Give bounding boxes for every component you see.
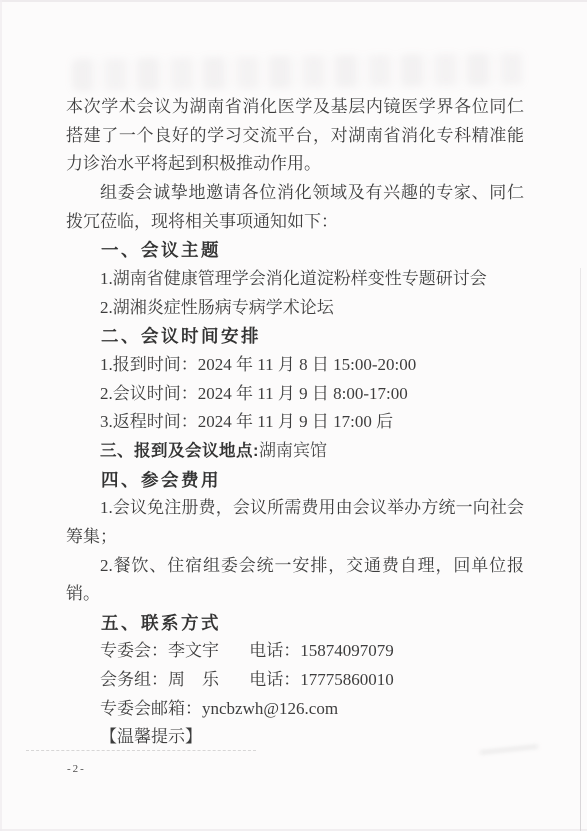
contact-row: 专委会：李文宇 电话：15874097079: [66, 637, 524, 666]
scan-edge-top: [0, 0, 587, 2]
section-title-topic: 一、会议主题: [66, 236, 524, 265]
bleed-through-artifact: [72, 53, 524, 91]
venue-value: 湖南宾馆: [259, 441, 327, 460]
contact-row: 会务组：周 乐 电话：17775860010: [66, 666, 524, 695]
list-item: 1.湖南省健康管理学会消化道淀粉样变性专题研讨会: [66, 265, 524, 294]
contact-person: 专委会：李文宇: [100, 637, 245, 666]
list-item: 2.会议时间：2024 年 11 月 9 日 8:00-17:00: [66, 380, 524, 409]
intro-paragraph-continued: 本次学术会议为湖南省消化医学及基层内镜医学界各位同仁搭建了一个良好的学习交流平台…: [66, 93, 524, 179]
contact-person: 会务组：周 乐: [100, 666, 245, 695]
page-number: -2-: [67, 763, 86, 775]
section-title-schedule: 二、会议时间安排: [66, 322, 524, 351]
scan-artifact-line: [26, 750, 256, 751]
venue-label: 三、报到及会议地点:: [100, 442, 259, 460]
contact-phone: 电话：15874097079: [249, 641, 394, 660]
page-edge-shadow: [580, 268, 581, 831]
contact-phone: 电话：17775860010: [249, 670, 394, 689]
list-item: 2.湖湘炎症性肠病专病学术论坛: [66, 294, 524, 323]
contact-email: 专委会邮箱：yncbzwh@126.com: [66, 695, 524, 724]
list-item: 2.餐饮、住宿组委会统一安排，交通费自理，回单位报销。: [66, 552, 524, 609]
list-item: 3.返程时间：2024 年 11 月 9 日 17:00 后: [66, 408, 524, 437]
section-title-fees: 四、参会费用: [66, 466, 524, 495]
notice-label: 【温馨提示】: [66, 723, 524, 752]
notice-body: 本次学术会议为湖南省消化医学及基层内镜医学界各位同仁搭建了一个良好的学习交流平台…: [66, 93, 524, 752]
intro-paragraph: 组委会诚挚地邀请各位消化领域及有兴趣的专家、同仁拨冗莅临，现将相关事项通知如下：: [66, 179, 524, 236]
scan-edge-left: [0, 0, 2, 831]
section-title-contacts: 五、联系方式: [66, 609, 524, 638]
list-item: 1.报到时间：2024 年 11 月 8 日 15:00-20:00: [66, 351, 524, 380]
list-item: 1.会议免注册费，会议所需费用由会议举办方统一向社会筹集；: [66, 494, 524, 551]
section-title-venue: 三、报到及会议地点:湖南宾馆: [66, 437, 524, 466]
